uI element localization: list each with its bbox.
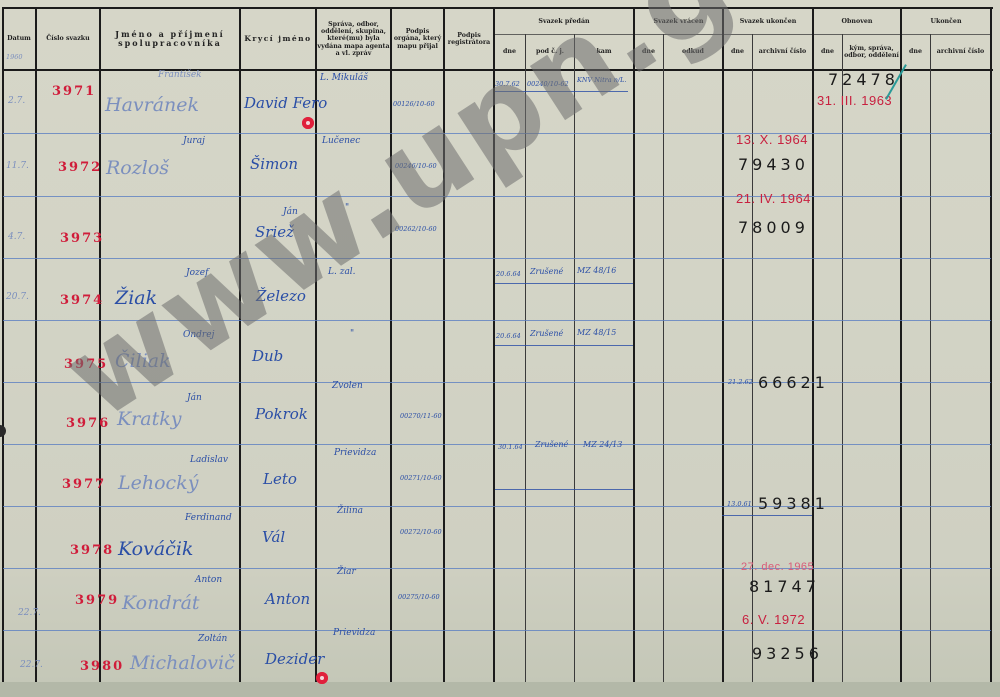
row-line [3, 506, 991, 507]
row-ukoncen-date: 27. dec. 1965 [741, 561, 814, 573]
header-podpis-organa: Podpis orgána, který mapu přijal [392, 9, 443, 69]
col-line [2, 7, 4, 682]
sub-ukoncen-archiv: archivní číslo [753, 35, 812, 69]
underline [722, 515, 812, 516]
row-datum: 20.7. [6, 292, 29, 302]
row-first-name: Ján [187, 393, 202, 403]
row-sprava: " [350, 329, 354, 339]
row-sprava: L. Mikuláš [320, 73, 368, 83]
header-sprava-label: Správa, odbor, oddělení, skupina, které(… [317, 21, 390, 57]
row-surname: Kondrát [122, 592, 200, 614]
col-line [930, 34, 931, 682]
sub-predan-kam: kam [575, 35, 633, 69]
group-ukoncen: Svazek ukončen [724, 9, 812, 34]
row-kryci: Pokrok [255, 405, 308, 423]
row-kryci: Leto [263, 470, 297, 488]
row-surname: Čiliak [115, 350, 171, 372]
col-line [722, 7, 724, 682]
sub-label: dne [731, 48, 744, 55]
sub-obnoven-dne: dne [813, 35, 842, 69]
row-kryci: David Fero [244, 94, 327, 112]
row-cislo: 3978 [70, 543, 114, 558]
row-predan-kam: MZ 24/13 [583, 440, 622, 449]
row-kryci: Dub [252, 347, 283, 365]
row-first-name: Zoltán [198, 634, 227, 644]
row-cislo: 3974 [60, 293, 104, 308]
row-first-name: Anton [195, 575, 222, 585]
row-cislo: 3975 [64, 357, 108, 372]
row-predan-kam: MZ 48/15 [577, 328, 616, 337]
col-line [99, 7, 101, 682]
header-podpis-organa-label: Podpis orgána, který mapu přijal [392, 28, 443, 50]
row-predan-cj: Zrušené [530, 329, 563, 338]
row-datum: 22.7. [20, 660, 43, 670]
sub-label: pod č. j. [536, 48, 564, 55]
row-predan-kam: KNV Nitra n/L. [577, 76, 632, 84]
row-sprava: Žiar [337, 567, 356, 577]
sub-ukoncen2-archiv: archivní číslo [931, 35, 990, 69]
row-predan-cj: Zrušené [535, 440, 568, 449]
row-kryci: Vál [262, 528, 285, 546]
red-dot-mark [316, 672, 328, 684]
group-ukoncen2: Ukončen [902, 9, 990, 34]
row-line [3, 258, 991, 259]
col-line [663, 34, 664, 682]
row-cislo: 3972 [58, 160, 102, 175]
punch-hole [0, 425, 6, 437]
row-ukoncen-date: 6. V. 1972 [742, 612, 805, 627]
row-kryci: Železo [256, 287, 306, 305]
row-kryci: Anton [265, 590, 310, 608]
col-line [633, 7, 635, 682]
header-datum-note: 1960 [6, 53, 23, 61]
header-podpis-registratora-label: Podpis registrátora [445, 32, 493, 46]
row-obnoven-archiv: 72478 [828, 70, 899, 89]
row-datum: 22.7. [18, 608, 41, 618]
row-first-name: Ondrej [183, 330, 214, 340]
row-podpis-organa: 00271/10-60 [400, 474, 442, 482]
row-line [3, 382, 991, 383]
row-ukoncen-archiv: 66621 [758, 373, 829, 392]
row-podpis-organa: 00126/10-60 [393, 100, 435, 108]
sub-label: dne [642, 48, 655, 55]
register-sheet: Datum 1960 Číslo svazku Jméno a příjmení… [0, 0, 1000, 697]
row-line [3, 568, 991, 569]
row-line [3, 196, 991, 197]
sub-label: kým, správa, odbor, oddělení [843, 45, 900, 59]
underline [495, 91, 628, 92]
sub-label: archivní číslo [759, 48, 806, 55]
header-podpis-registratora: Podpis registrátora [445, 9, 493, 69]
header-jmeno: Jméno a příjmení spolupracovníka [101, 9, 239, 69]
row-podpis-organa: 00262/10-60 [395, 225, 437, 233]
header-sprava: Správa, odbor, oddělení, skupina, které(… [317, 9, 390, 69]
row-podpis-organa: 00270/11-60 [400, 412, 442, 420]
col-line [525, 34, 526, 682]
row-predan-dne: 30.7.62 [495, 80, 520, 88]
group-vracen-label: Svazek vrácen [654, 18, 704, 25]
row-sprava: Žilina [337, 506, 363, 516]
sub-label: dne [503, 48, 516, 55]
row-surname: Lehocký [118, 472, 198, 494]
col-line [574, 34, 575, 682]
row-surname: Rozloš [106, 157, 169, 179]
row-podpis-organa: 00246/10-60 [395, 162, 437, 170]
row-predan-cj: Zrušené [530, 267, 563, 276]
row-ukoncen-date: 13. X. 1964 [736, 132, 808, 147]
sub-label: dne [909, 48, 922, 55]
row-cislo: 3971 [52, 84, 96, 99]
row-predan-cj: 00240/10-62 [527, 80, 569, 88]
row-kryci: Sriež [255, 223, 294, 241]
col-line [239, 7, 241, 682]
row-predan-dne: 20.6.64 [496, 270, 521, 278]
row-sprava: Zvolen [332, 381, 363, 391]
row-sprava: L. zal. [328, 267, 356, 277]
underline [495, 345, 633, 346]
underline [495, 489, 633, 490]
row-line [3, 320, 991, 321]
row-predan-dne: 30.1.64 [498, 443, 523, 451]
row-kryci: Šimon [250, 155, 298, 173]
row-first-name: Jozef [186, 268, 208, 278]
row-cislo: 3980 [80, 659, 124, 674]
row-kryci: Dezider [265, 650, 324, 668]
sub-ukoncen-dne: dne [723, 35, 752, 69]
row-first-name: František [158, 70, 202, 80]
col-line [842, 34, 843, 682]
col-line [443, 7, 445, 682]
sub-label: archivní číslo [937, 48, 984, 55]
header-kryci: Krycí jméno [241, 9, 315, 69]
header-cislo: Číslo svazku [37, 9, 99, 69]
row-datum: 11.7. [6, 161, 29, 171]
row-predan-dne: 20.6.64 [496, 332, 521, 340]
header-datum-label: Datum [7, 35, 31, 42]
row-cislo: 3977 [62, 477, 106, 492]
row-ukoncen-dne: 21.2.62 [728, 378, 753, 386]
sub-vracen-odkud: odkud [664, 35, 722, 69]
header-jmeno-label: Jméno a příjmení spolupracovníka [101, 30, 239, 48]
row-surname: Kováčik [118, 538, 193, 560]
sub-vracen-dne: dne [634, 35, 663, 69]
row-surname: Kratky [117, 408, 182, 430]
row-ukoncen-archiv: 79430 [738, 155, 809, 174]
sub-obnoven-kym: kým, správa, odbor, oddělení [843, 35, 900, 69]
page-bottom-edge [0, 682, 1000, 697]
row-line [3, 630, 991, 631]
row-cislo: 3973 [60, 231, 104, 246]
col-line [390, 7, 392, 682]
group-obnoven: Obnoven [814, 9, 900, 34]
row-podpis-organa: 00275/10-60 [398, 593, 440, 601]
row-ukoncen-archiv: 59381 [758, 494, 829, 513]
row-first-name: Ladislav [190, 455, 228, 465]
header-cislo-label: Číslo svazku [46, 35, 90, 42]
row-ukoncen-archiv: 81747 [749, 577, 820, 596]
col-line [900, 7, 902, 682]
red-dot-mark [302, 117, 314, 129]
row-obnoven-date: 31. III. 1963 [817, 93, 892, 108]
row-datum: 2.7. [8, 96, 25, 106]
row-cislo: 3979 [75, 593, 119, 608]
row-first-name: Ján [283, 207, 298, 217]
row-sprava: Lučenec [322, 136, 360, 146]
row-line [3, 444, 991, 445]
sub-label: odkud [682, 48, 704, 55]
underline [495, 283, 633, 284]
row-surname: Žiak [115, 287, 157, 309]
sub-predan-dne: dne [494, 35, 525, 69]
row-sprava: Prievidza [334, 448, 376, 458]
sub-predan-cj: pod č. j. [526, 35, 574, 69]
group-predan-label: Svazek předán [538, 18, 589, 25]
group-obnoven-label: Obnoven [842, 18, 873, 25]
row-cislo: 3976 [66, 416, 110, 431]
row-predan-kam: MZ 48/16 [577, 266, 616, 275]
sub-label: dne [821, 48, 834, 55]
row-ukoncen-dne: 13.0.61 [727, 500, 752, 508]
row-sprava: " [345, 203, 349, 213]
row-podpis-organa: 00272/10-60 [400, 528, 442, 536]
col-line [35, 7, 37, 682]
group-ukoncen2-label: Ukončen [930, 18, 961, 25]
row-surname: Havránek [105, 94, 199, 116]
row-surname: Michalovič [130, 652, 235, 674]
sub-label: kam [596, 48, 611, 55]
col-line [990, 7, 992, 682]
row-first-name: Juraj [183, 136, 205, 146]
row-first-name: Ferdinand [185, 513, 232, 523]
row-datum: 4.7. [8, 232, 25, 242]
group-predan: Svazek předán [495, 9, 633, 34]
row-line [3, 133, 991, 134]
row-ukoncen-date: 21. IV. 1964 [736, 191, 811, 206]
row-ukoncen-archiv: 78009 [738, 218, 809, 237]
header-kryci-label: Krycí jméno [244, 35, 311, 44]
row-ukoncen-archiv: 93256 [752, 644, 823, 663]
group-vracen: Svazek vrácen [635, 9, 722, 34]
row-sprava: Prievidza [333, 628, 375, 638]
group-ukoncen-label: Svazek ukončen [740, 18, 797, 25]
